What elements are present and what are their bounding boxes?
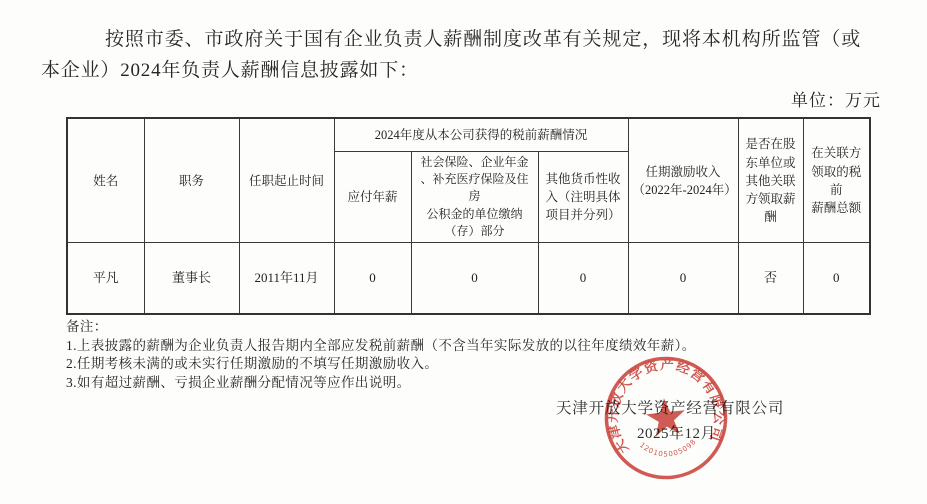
document-page: 按照市委、市政府关于国有企业负责人薪酬制度改革有关规定，现将本机构所监管（或本企… [0, 0, 927, 504]
note-item-3: 3.如有超过薪酬、亏损企业薪酬分配情况等应作出说明。 [66, 374, 696, 393]
cell-position: 董事长 [144, 243, 239, 314]
header-related-party-flag: 是否在股 东单位或 其他关联 方领取薪 酬 [738, 118, 803, 243]
signature-date: 2025年12月 [637, 422, 716, 443]
header-term: 任职起止时间 [239, 118, 334, 243]
cell-term-incentive: 0 [628, 243, 738, 314]
table-row: 平凡 董事长 2011年11月 0 0 0 0 否 0 [67, 243, 870, 314]
signature-company: 天津开放大学资产经营有限公司 [556, 396, 784, 418]
header-row-top: 姓名 职务 任职起止时间 2024年度从本公司获得的税前薪酬情况 任期激励收入 … [67, 118, 870, 151]
cell-payable-salary: 0 [334, 243, 411, 314]
cell-other-income: 0 [538, 243, 628, 314]
cell-insurance: 0 [411, 243, 538, 314]
header-name: 姓名 [67, 118, 144, 243]
header-insurance: 社会保险、企业年金 、补充医疗保险及住 房 公积金的单位缴纳 （存）部分 [411, 151, 538, 243]
cell-name: 平凡 [67, 243, 144, 314]
cell-related-party-total: 0 [803, 243, 870, 314]
header-related-party-total: 在关联方 领取的税 前 薪酬总额 [803, 118, 870, 243]
salary-disclosure-table: 姓名 职务 任职起止时间 2024年度从本公司获得的税前薪酬情况 任期激励收入 … [66, 117, 871, 315]
header-position: 职务 [144, 118, 239, 243]
header-term-incentive: 任期激励收入 （2022年-2024年） [628, 118, 738, 243]
intro-paragraph: 按照市委、市政府关于国有企业负责人薪酬制度改革有关规定，现将本机构所监管（或本企… [41, 24, 861, 86]
note-item-2: 2.任期考核未满的或未实行任期激励的不填写任期激励收入。 [66, 355, 696, 374]
cell-related-party-flag: 否 [738, 243, 803, 314]
notes-block: 备注： 1.上表披露的薪酬为企业负责人报告期内全部应发税前薪酬（不含当年实际发放… [66, 318, 696, 392]
notes-title: 备注： [66, 318, 696, 337]
cell-term: 2011年11月 [239, 243, 334, 314]
header-payable-salary: 应付年薪 [334, 151, 411, 243]
header-salary-group: 2024年度从本公司获得的税前薪酬情况 [334, 118, 628, 151]
note-item-1: 1.上表披露的薪酬为企业负责人报告期内全部应发税前薪酬（不含当年实际发放的以往年… [66, 337, 696, 356]
unit-label: 单位：万元 [791, 86, 881, 111]
header-other-income: 其他货币性收 入（注明具体 项目并分列） [538, 151, 628, 243]
